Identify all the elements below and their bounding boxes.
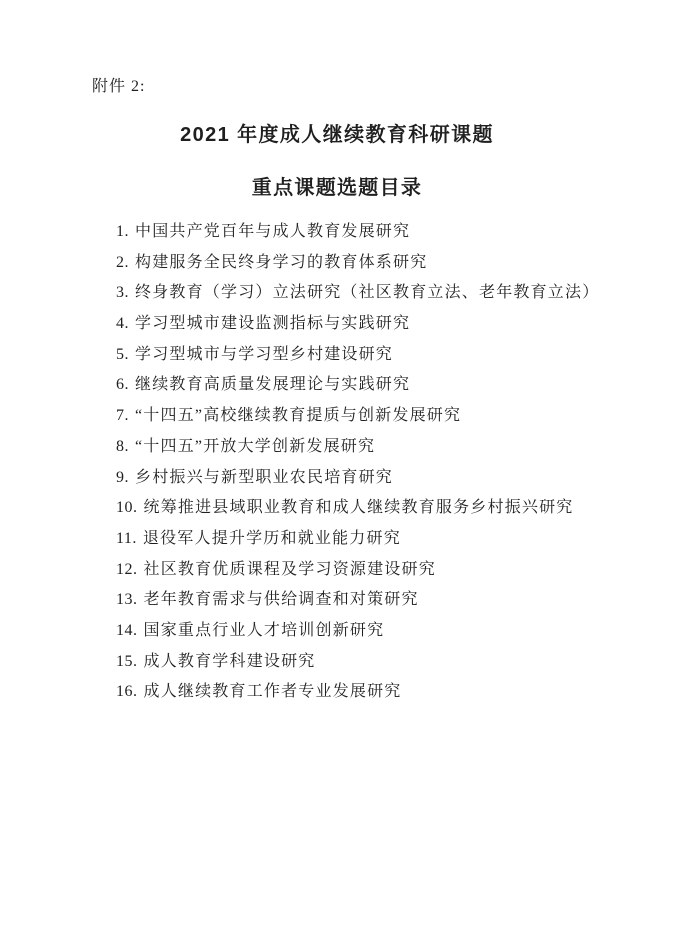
item-number: 12.	[116, 555, 138, 586]
item-text: 继续教育高质量发展理论与实践研究	[135, 376, 410, 393]
list-item: 3.终身教育（学习）立法研究（社区教育立法、老年教育立法）	[116, 278, 599, 309]
item-number: 2.	[116, 248, 129, 279]
item-text: “十四五”高校继续教育提质与创新发展研究	[135, 407, 461, 424]
attachment-label: 附件 2:	[92, 73, 145, 96]
item-number: 4.	[116, 309, 129, 340]
item-text: 构建服务全民终身学习的教育体系研究	[135, 254, 427, 271]
list-item: 4.学习型城市建设监测指标与实践研究	[116, 309, 599, 340]
list-item: 1.中国共产党百年与成人教育发展研究	[116, 217, 599, 248]
item-number: 13.	[116, 585, 138, 616]
list-item: 12.社区教育优质课程及学习资源建设研究	[116, 555, 599, 586]
document-page: 附件 2: 2021 年度成人继续教育科研课题 重点课题选题目录 1.中国共产党…	[0, 0, 674, 925]
item-number: 11.	[116, 524, 137, 555]
list-item: 16.成人继续教育工作者专业发展研究	[116, 677, 599, 708]
item-number: 6.	[116, 370, 129, 401]
item-number: 7.	[116, 401, 129, 432]
list-item: 8.“十四五”开放大学创新发展研究	[116, 432, 599, 463]
item-text: 成人教育学科建设研究	[144, 653, 316, 670]
item-number: 16.	[116, 677, 138, 708]
item-number: 10.	[116, 493, 138, 524]
topic-list: 1.中国共产党百年与成人教育发展研究 2.构建服务全民终身学习的教育体系研究 3…	[116, 217, 599, 708]
list-item: 2.构建服务全民终身学习的教育体系研究	[116, 248, 599, 279]
list-item: 6.继续教育高质量发展理论与实践研究	[116, 370, 599, 401]
document-title: 2021 年度成人继续教育科研课题	[0, 118, 674, 147]
item-number: 9.	[116, 463, 129, 494]
list-item: 5.学习型城市与学习型乡村建设研究	[116, 340, 599, 371]
item-text: 终身教育（学习）立法研究（社区教育立法、老年教育立法）	[135, 284, 599, 301]
item-text: 成人继续教育工作者专业发展研究	[144, 683, 402, 700]
item-number: 3.	[116, 278, 129, 309]
item-number: 5.	[116, 340, 129, 371]
item-text: “十四五”开放大学创新发展研究	[135, 438, 375, 455]
item-text: 学习型城市与学习型乡村建设研究	[135, 346, 393, 363]
list-item: 15.成人教育学科建设研究	[116, 647, 599, 678]
item-number: 8.	[116, 432, 129, 463]
item-text: 社区教育优质课程及学习资源建设研究	[144, 561, 436, 578]
item-text: 学习型城市建设监测指标与实践研究	[135, 315, 410, 332]
item-text: 乡村振兴与新型职业农民培育研究	[135, 469, 393, 486]
item-text: 老年教育需求与供给调查和对策研究	[144, 591, 419, 608]
item-text: 中国共产党百年与成人教育发展研究	[135, 223, 410, 240]
list-item: 13.老年教育需求与供给调查和对策研究	[116, 585, 599, 616]
item-text: 国家重点行业人才培训创新研究	[144, 622, 385, 639]
item-text: 统筹推进县域职业教育和成人继续教育服务乡村振兴研究	[144, 499, 574, 516]
document-subtitle: 重点课题选题目录	[0, 171, 674, 200]
list-item: 7.“十四五”高校继续教育提质与创新发展研究	[116, 401, 599, 432]
item-number: 14.	[116, 616, 138, 647]
list-item: 11.退役军人提升学历和就业能力研究	[116, 524, 599, 555]
list-item: 10.统筹推进县域职业教育和成人继续教育服务乡村振兴研究	[116, 493, 599, 524]
item-number: 1.	[116, 217, 129, 248]
item-text: 退役军人提升学历和就业能力研究	[143, 530, 401, 547]
list-item: 9.乡村振兴与新型职业农民培育研究	[116, 463, 599, 494]
item-number: 15.	[116, 647, 138, 678]
list-item: 14.国家重点行业人才培训创新研究	[116, 616, 599, 647]
